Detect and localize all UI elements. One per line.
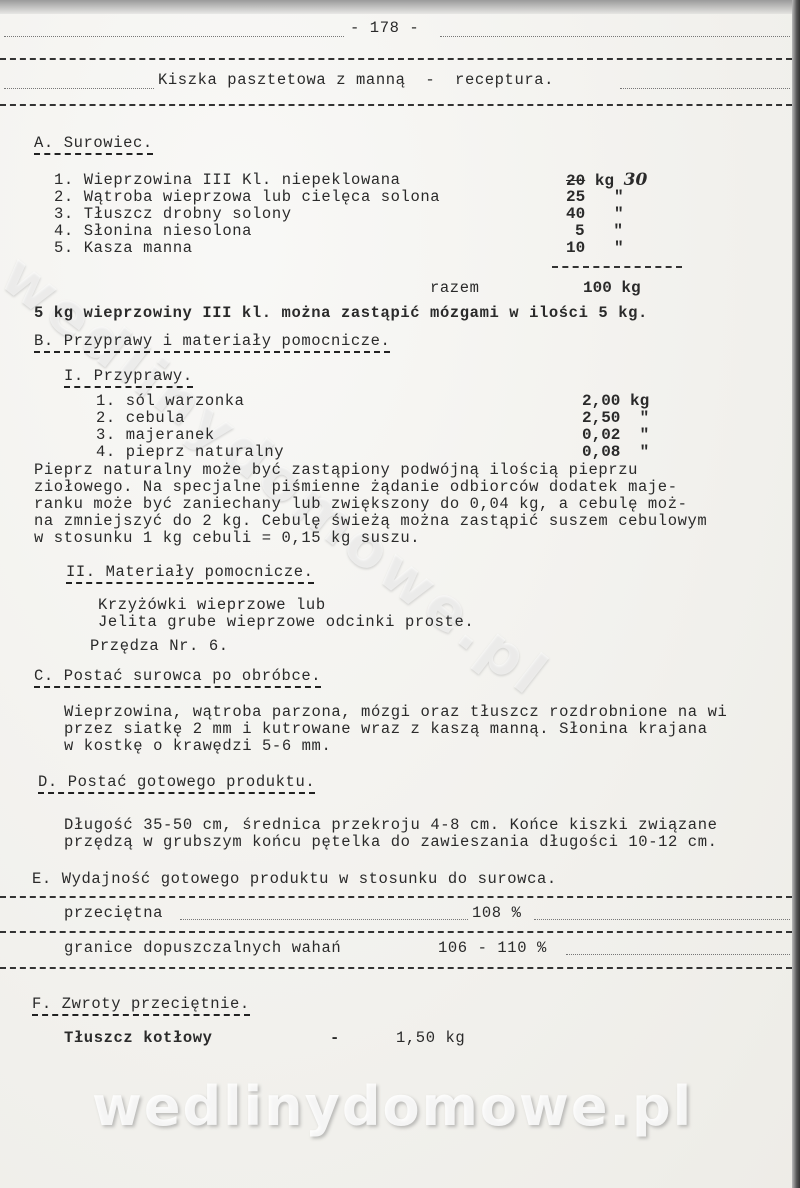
dotted-leader xyxy=(4,88,154,89)
scan-top-edge xyxy=(0,0,800,14)
section-c-heading: C. Postać surowca po obróbce. xyxy=(34,667,321,688)
section-f-heading: F. Zwroty przeciętnie. xyxy=(32,995,250,1016)
total-label: razem xyxy=(430,280,480,297)
ingredient-label: 2. Wątroba wieprzowa lub cielęca solona xyxy=(54,189,440,206)
ingredient-unit: " xyxy=(614,188,624,206)
return-item-dash: - xyxy=(330,1030,340,1047)
total-value: 100 kg xyxy=(583,280,641,297)
processing-line: przez siatkę 2 mm i kutrowane wraz z kas… xyxy=(64,721,708,738)
ingredient-label: 1. Wieprzowina III Kl. niepeklowana xyxy=(54,172,401,189)
ingredient-label: 4. Słonina niesolona xyxy=(54,223,252,240)
dotted-leader xyxy=(180,919,468,920)
yield-range-value: 106 - 110 % xyxy=(438,940,547,957)
spice-label: 4. pieprz naturalny xyxy=(96,444,284,461)
substitution-note: 5 kg wieprzowiny III kl. można zastąpić … xyxy=(34,305,648,322)
spice-unit: " xyxy=(640,443,650,461)
section-b-heading: B. Przyprawy i materiały pomocnicze. xyxy=(34,332,390,353)
divider xyxy=(0,896,792,898)
spice-note-line: ziołowego. Na specjalne piśmienne żądani… xyxy=(34,479,678,496)
yield-average-value: 108 % xyxy=(472,905,522,922)
spice-qty: 2,50 xyxy=(582,409,620,427)
twine-line: Przędza Nr. 6. xyxy=(90,638,229,655)
spice-qty: 0,08 xyxy=(582,443,620,461)
dotted-leader xyxy=(440,36,790,37)
product-description-line: Długość 35-50 cm, średnica przekroju 4-8… xyxy=(64,817,718,834)
ingredient-unit: " xyxy=(613,222,623,240)
spice-note-line: ranku może być zaniechany lub zwiększony… xyxy=(34,496,688,513)
casing-line: Krzyżówki wieprzowe lub xyxy=(98,597,326,614)
handwritten-correction: 30 xyxy=(624,170,648,190)
product-description-line: przędzą w grubszym końcu pętelka do zawi… xyxy=(64,834,718,851)
ingredient-qty: 40 xyxy=(566,205,585,223)
yield-range-label: granice dopuszczalnych wahań xyxy=(64,940,341,957)
spice-label: 3. majeranek xyxy=(96,427,215,444)
ingredient-qty: 10 xyxy=(566,239,585,257)
spice-qty: 2,00 xyxy=(582,392,620,410)
spice-unit: kg xyxy=(630,392,649,410)
dotted-leader xyxy=(4,36,344,37)
dotted-leader xyxy=(534,919,790,920)
auxiliary-materials-heading: II. Materiały pomocnicze. xyxy=(66,563,314,584)
spice-qty: 0,02 xyxy=(582,426,620,444)
ingredient-unit: " xyxy=(614,239,624,257)
casing-line: Jelita grube wieprzowe odcinki proste. xyxy=(98,614,474,631)
dotted-leader xyxy=(620,88,790,89)
divider xyxy=(0,104,792,106)
spice-unit: " xyxy=(640,426,650,444)
document-title: Kiszka pasztetowa z manną - receptura. xyxy=(158,72,554,89)
divider xyxy=(0,931,792,933)
ingredient-qty: 5 xyxy=(575,222,585,240)
divider xyxy=(0,58,792,60)
spice-unit: " xyxy=(640,409,650,427)
section-e-heading: E. Wydajność gotowego produktu w stosunk… xyxy=(32,871,557,888)
ingredient-qty: 25 xyxy=(566,188,585,206)
spice-label: 2. cebula xyxy=(96,410,185,427)
watermark-bottom: wedlinydomowe.pl xyxy=(92,1075,693,1138)
yield-average-label: przeciętna xyxy=(64,905,163,922)
divider xyxy=(0,967,792,969)
spice-label: 1. sól warzonka xyxy=(96,393,245,410)
spice-note-line: Pieprz naturalny może być zastąpiony pod… xyxy=(34,462,638,479)
document-page: wedlinydomowe.pl - 178 - Kiszka paszteto… xyxy=(0,0,800,1188)
sum-divider xyxy=(552,266,682,268)
spice-note-line: w stosunku 1 kg cebuli = 0,15 kg suszu. xyxy=(34,530,420,547)
processing-line: Wieprzowina, wątroba parzona, mózgi oraz… xyxy=(64,704,727,721)
return-item-value: 1,50 kg xyxy=(396,1030,465,1047)
spice-note-line: na zmniejszyć do 2 kg. Cebulę świeżą moż… xyxy=(34,513,707,530)
scan-right-edge xyxy=(792,0,800,1188)
spices-heading: I. Przyprawy. xyxy=(64,367,193,388)
section-a-heading: A. Surowiec. xyxy=(34,134,153,155)
dotted-leader xyxy=(566,954,790,955)
section-d-heading: D. Postać gotowego produktu. xyxy=(38,773,315,794)
ingredient-label: 3. Tłuszcz drobny solony xyxy=(54,206,292,223)
ingredient-unit: " xyxy=(614,205,624,223)
ingredient-label: 5. Kasza manna xyxy=(54,240,193,257)
return-item-label: Tłuszcz kotłowy xyxy=(64,1030,213,1047)
page-number: - 178 - xyxy=(350,20,419,37)
processing-line: w kostkę o krawędzi 5-6 mm. xyxy=(64,738,331,755)
